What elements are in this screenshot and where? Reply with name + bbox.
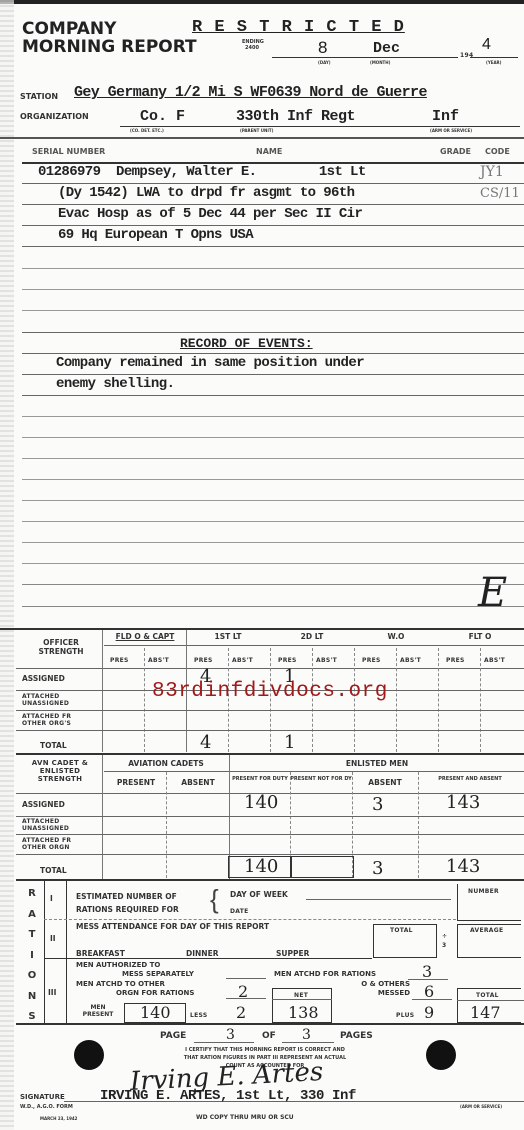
col-present-and-absent: PRESENT AND ABSENT (420, 775, 520, 783)
classification-stamp: R E S T R I C T E D (192, 18, 405, 37)
rations-divider (66, 880, 67, 1024)
en-row-label-total: TOTAL (40, 866, 67, 875)
sec2-rule (44, 958, 372, 959)
record-of-events-heading: RECORD OF EVENTS: (180, 336, 313, 351)
row-rule (16, 854, 524, 855)
header-divider (0, 137, 524, 139)
plus-value: 9 (424, 1003, 434, 1022)
row-label-attached-unassigned: ATTACHED UNASSIGNED (22, 693, 94, 707)
col-divider (166, 772, 167, 878)
certify-line1: I CERTIFY THAT THIS MORNING REPORT IS CO… (140, 1046, 390, 1054)
ruled-line (22, 268, 524, 269)
signer-typed-name: IRVING E. ARTES, 1st Lt, 330 Inf (100, 1088, 356, 1104)
roster-rule (22, 225, 524, 226)
roster-rule (22, 246, 524, 247)
rations-divider (44, 880, 45, 1024)
ruled-line (22, 542, 524, 543)
row-label-total: TOTAL (40, 741, 67, 750)
group-wo: W.O (354, 632, 438, 641)
total-present-not-duty-box (290, 856, 354, 878)
sub-pres: PRES (446, 657, 465, 664)
punch-hole-left-icon (74, 1040, 104, 1070)
punch-hole-right-icon (426, 1040, 456, 1070)
ruled-line (22, 563, 524, 564)
roster-rule (22, 204, 524, 205)
ruled-line (22, 479, 524, 480)
sub-abst: ABS'T (148, 657, 169, 664)
of-label: OF (262, 1031, 276, 1041)
row-label-assigned: ASSIGNED (22, 674, 65, 683)
form-title-line2: MORNING REPORT (22, 38, 197, 56)
less-value: 2 (236, 1003, 246, 1022)
roster-line-2: (Dy 1542) LWA to drpd fr asgmt to 96th (58, 185, 354, 201)
scan-top-border (0, 0, 524, 4)
rations-bottom (16, 1023, 524, 1025)
sec3-numeral: III (48, 988, 56, 997)
col-name: NAME (256, 147, 282, 156)
ruled-line (22, 353, 524, 354)
roster-rule (22, 183, 524, 184)
ruled-line (22, 416, 524, 417)
page-label: PAGE (160, 1031, 186, 1041)
mess-total-label: TOTAL (390, 927, 413, 934)
row-rule (16, 730, 524, 731)
others-line2: MESSED (348, 989, 410, 998)
morning-report-document: COMPANY MORNING REPORT R E S T R I C T E… (0, 0, 524, 1130)
row-rule (16, 834, 524, 835)
sec1-text-line2: RATIONS REQUIRED FOR (76, 903, 179, 916)
ruled-line (22, 606, 524, 607)
arm-caption: (ARM OR SERVICE) (430, 128, 472, 133)
men-present-label: MEN PRESENT (76, 1004, 120, 1018)
page-num-field (194, 1042, 254, 1043)
atchd-other-line1: MEN ATCHD TO OTHER (76, 980, 165, 988)
ration-total-value: 147 (470, 1003, 501, 1022)
sec1-brace: { (210, 886, 219, 912)
others-messed-label: O & OTHERS MESSED (348, 980, 410, 998)
group-rule (104, 771, 524, 772)
group-2d-lt: 2D LT (270, 632, 354, 641)
col-divider (144, 648, 145, 752)
sub-abst: ABS'T (400, 657, 421, 664)
date-underline (272, 57, 458, 58)
col-divider (102, 630, 103, 752)
group-enlisted-men: ENLISTED MEN (230, 759, 524, 768)
event-line-1: Company remained in same position under (56, 355, 364, 371)
men-present-value: 140 (140, 1003, 171, 1022)
col-divider (438, 648, 439, 752)
en-assigned-present-duty: 140 (244, 792, 278, 813)
rations-letter: I (24, 946, 40, 967)
margin-initial: E (478, 570, 507, 616)
sub-abst: ABS'T (232, 657, 253, 664)
watermark: 83rdinfdivdocs.org (152, 680, 388, 703)
roster-line-3: Evac Hosp as of 5 Dec 44 per Sec II Cir (58, 206, 362, 222)
station-value: Gey Germany 1/2 Mi S WF0639 Nord de Guer… (74, 84, 427, 101)
day-caption: (DAY) (318, 60, 331, 65)
en-row-label-assigned: ASSIGNED (22, 800, 65, 809)
officer-strength-header: OFFICER STRENGTH (28, 638, 94, 656)
organization-unit: 330th Inf Regt (236, 108, 355, 125)
organization-underline (120, 126, 520, 127)
rations-letter: T (24, 925, 40, 946)
breakfast-label: BREAKFAST (76, 949, 125, 958)
sub-pres: PRES (362, 657, 381, 664)
officer-table-bottom (16, 753, 524, 755)
code-mark-2: CS/11 (480, 186, 520, 201)
sec2-text: MESS ATTENDANCE FOR DAY OF THIS REPORT (76, 922, 269, 931)
number-label: NUMBER (468, 888, 499, 895)
enlisted-table-bottom (16, 879, 524, 881)
company-caption: (CO. DET. ETC.) (130, 128, 164, 133)
col-divider (480, 648, 481, 752)
less-label: LESS (190, 1012, 208, 1019)
sub-abst: ABS'T (316, 657, 337, 664)
sec1-text-line1: ESTIMATED NUMBER OF (76, 890, 179, 903)
sec1-text: ESTIMATED NUMBER OF RATIONS REQUIRED FOR (76, 890, 179, 916)
average-label: AVERAGE (470, 927, 503, 934)
divide-by-3: ÷ 3 (442, 932, 450, 950)
form-title-line1: COMPANY (22, 20, 197, 38)
col-present-for-duty: PRESENT FOR DUTY (230, 775, 290, 783)
sec1-numeral: I (50, 894, 53, 903)
col-enlisted-absent: ABSENT (352, 778, 418, 787)
col-present-not-for-duty: PRESENT NOT FOR DY (290, 775, 352, 783)
en-row-label-attached-unassigned: ATTACHED UNASSIGNED (22, 818, 94, 832)
code-mark-1: JY1 (480, 164, 504, 180)
wd-copy-note: WD COPY THRU MRU OR SCU (196, 1114, 294, 1121)
rations-letter: O (24, 966, 40, 987)
ruled-line (22, 310, 524, 311)
col-grade: GRADE (440, 147, 471, 156)
en-total-present-absent: 143 (446, 856, 480, 877)
others-field (412, 999, 452, 1000)
sub-pres: PRES (278, 657, 297, 664)
en-assigned-present-absent: 143 (446, 792, 480, 813)
report-month: Dec (373, 40, 400, 57)
organization-label: ORGANIZATION (20, 112, 89, 121)
station-label: STATION (20, 92, 58, 101)
off-total-2dlt-pres: 1 (284, 732, 295, 753)
net-value: 138 (288, 1003, 319, 1022)
page-total: 3 (302, 1027, 311, 1043)
plus-label: PLUS (396, 1012, 414, 1019)
rations-letter: N (24, 987, 40, 1008)
month-caption: (MONTH) (370, 60, 390, 65)
date-label: DATE (230, 908, 249, 915)
sub-pres: PRES (194, 657, 213, 664)
col-divider (418, 772, 419, 878)
ration-total-rule (457, 1000, 524, 1001)
col-divider (396, 648, 397, 752)
signer-caption: (ARM OR SERVICE) (460, 1104, 502, 1109)
unit-caption: (PARENT UNIT) (240, 128, 273, 133)
col-cadet-present: PRESENT (104, 778, 168, 787)
row-rule (16, 816, 524, 817)
auth-line2: MESS SEPARATELY (122, 970, 194, 978)
group-aviation-cadets: AVIATION CADETS (104, 759, 228, 768)
signature-label: SIGNATURE (20, 1093, 65, 1101)
scan-left-edge (0, 0, 14, 1130)
row-rule (16, 710, 524, 711)
col-serial-number: SERIAL NUMBER (32, 147, 105, 156)
report-year: 4 (482, 36, 491, 54)
day-of-week-label: DAY OF WEEK (230, 890, 288, 899)
page-num: 3 (226, 1027, 235, 1043)
organization-arm: Inf (432, 108, 459, 125)
roster-line-1: 01286979 Dempsey, Walter E. 1st Lt (38, 164, 366, 180)
supper-label: SUPPER (276, 949, 309, 958)
group-rule (104, 645, 524, 646)
enlisted-strength-header: AVN CADET & ENLISTED STRENGTH (24, 759, 96, 783)
year-caption: (YEAR) (486, 60, 501, 65)
en-row-label-attached-fr-other: ATTACHED FR OTHER ORGN (22, 837, 94, 851)
ration-total-label: TOTAL (476, 992, 499, 999)
en-total-absent: 3 (372, 858, 383, 879)
ruled-line (22, 395, 524, 396)
ruled-line (22, 332, 524, 333)
ruled-line (22, 584, 524, 585)
atchd-other-line2: ORGN FOR RATIONS (116, 989, 194, 997)
form-date: MARCH 23, 1942 (40, 1116, 77, 1121)
group-flt-o: FLT O (438, 632, 522, 641)
day-of-week-field[interactable] (306, 899, 451, 900)
ruled-line (22, 521, 524, 522)
atchd-rations-label: MEN ATCHD FOR RATIONS (274, 970, 376, 978)
form-title: COMPANY MORNING REPORT (22, 20, 197, 56)
group-fld-o-capt: FLD O & CAPT (104, 632, 186, 641)
rations-side-label: R A T I O N S (24, 884, 40, 1028)
year-underline (470, 57, 518, 58)
auth-field[interactable] (226, 978, 266, 979)
col-code: CODE (485, 147, 510, 156)
group-1st-lt: 1ST LT (186, 632, 270, 641)
ruled-line (22, 289, 524, 290)
en-total-present-duty: 140 (244, 856, 278, 877)
en-assigned-absent: 3 (372, 794, 383, 815)
sub-pres: PRES (110, 657, 129, 664)
report-day: 8 (318, 38, 327, 58)
net-label: NET (294, 992, 308, 999)
pages-label: PAGES (340, 1031, 373, 1041)
atchd-rations-field (408, 979, 448, 980)
row-label-attached-fr-other: ATTACHED FR OTHER ORG'S (22, 713, 94, 727)
auth-line1: MEN AUTHORIZED TO (76, 961, 160, 969)
form-id: W.D., A.G.O. FORM (20, 1104, 73, 1110)
col-divider (102, 755, 103, 879)
ruled-line (22, 458, 524, 459)
strength-divider (0, 628, 524, 630)
ruled-line (22, 500, 524, 501)
sub-abst: ABS'T (484, 657, 505, 664)
sec2-numeral: II (50, 934, 56, 943)
rations-letter: R (24, 884, 40, 905)
off-total-1stlt-pres: 4 (200, 732, 211, 753)
ruled-line (22, 374, 524, 375)
col-cadet-absent: ABSENT (166, 778, 230, 787)
rations-letter: A (24, 905, 40, 926)
roster-line-4: 69 Hq European T Opns USA (58, 227, 253, 243)
organization-company: Co. F (140, 108, 185, 125)
ruled-line (22, 437, 524, 438)
event-line-2: enemy shelling. (56, 376, 175, 392)
dinner-label: DINNER (186, 949, 218, 958)
atchd-other-field (226, 998, 266, 999)
net-rule (272, 999, 332, 1000)
others-line1: O & OTHERS (348, 980, 410, 989)
ending-label: ENDING 2400 (242, 39, 262, 51)
sec1-rule (44, 919, 456, 921)
